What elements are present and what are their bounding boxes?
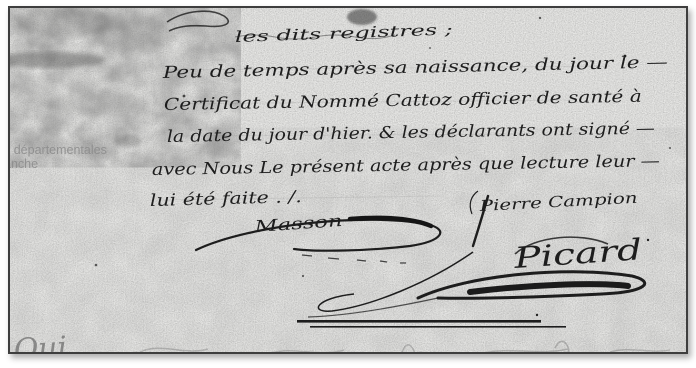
scanned-manuscript-page: les dits registres ; Peu de temps après … <box>8 6 688 354</box>
manuscript-line-6: lui été faite . /. <box>150 187 302 210</box>
next-entry-initial: Qui <box>13 330 68 352</box>
manuscript-canvas: les dits registres ; Peu de temps après … <box>10 8 686 352</box>
watermark-line-1: s départementales <box>10 143 107 157</box>
watermark-line-2: anche <box>10 157 38 171</box>
